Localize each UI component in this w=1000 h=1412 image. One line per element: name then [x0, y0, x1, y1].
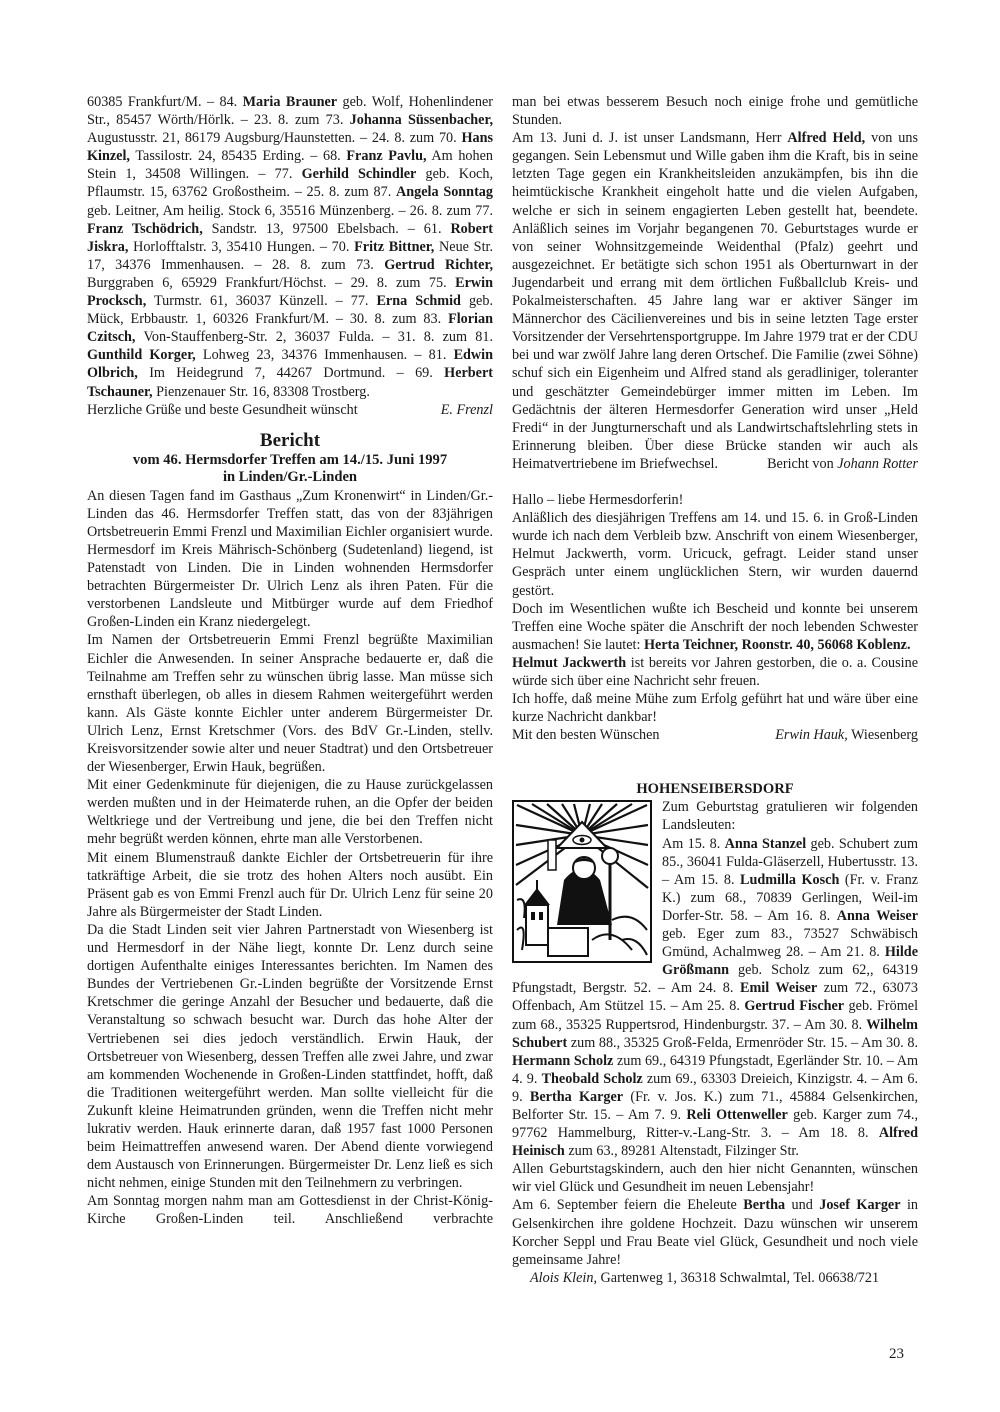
- contact-name: Alois Klein,: [530, 1270, 597, 1286]
- person-name: Emil Weiser: [740, 980, 817, 996]
- person-name: Reli Ottenweller: [686, 1107, 787, 1123]
- person-name: Anna Stanzel: [725, 836, 807, 852]
- contact-address: Gartenweg 1, 36318 Schwalmtal, Tel. 0663…: [597, 1270, 879, 1286]
- report-continued: man bei etwas besserem Besuch noch einig…: [512, 93, 918, 129]
- letter-paragraph: Helmut Jackwerth ist bereits vor Jahren …: [512, 654, 918, 690]
- birthday-wishes: Allen Geburtstagskindern, auch den hier …: [512, 1160, 918, 1196]
- letter-signature-name: Erwin Hauk,: [775, 727, 848, 743]
- person-name: Maria Brauner: [243, 94, 337, 110]
- report-paragraph: Im Namen der Ortsbetreuerin Emmi Frenzl …: [87, 631, 493, 776]
- greeting-line: Herzliche Grüße und beste Gesundheit wün…: [87, 401, 493, 419]
- person-name: Hilde Größmann: [662, 944, 918, 978]
- obituary-name: Alfred Held,: [787, 130, 865, 146]
- letter-salutation: Hallo – liebe Hermesdorferin!: [512, 491, 918, 509]
- person-name: Bertha Karger: [530, 1089, 623, 1105]
- report-paragraph: Mit einer Gedenkminute für diejenigen, d…: [87, 776, 493, 848]
- contact-line: Alois Klein, Gartenweg 1, 36318 Schwalmt…: [512, 1269, 918, 1287]
- person-name: Hans Kinzel,: [87, 130, 493, 164]
- person-name: Franz Tschödrich,: [87, 221, 203, 237]
- letter-paragraph: Anläßlich des diesjährigen Treffens am 1…: [512, 509, 918, 599]
- woodcut-image-icon: [512, 800, 652, 963]
- person-name: Hermann Scholz: [512, 1053, 613, 1069]
- right-column: man bei etwas besserem Besuch noch einig…: [512, 93, 918, 1287]
- person-name: Anna Weiser: [837, 908, 918, 924]
- obituary-alfred-held: Am 13. Juni d. J. ist unser Landsmann, H…: [512, 129, 918, 473]
- person-name: Gerhild Schindler: [302, 166, 417, 182]
- page-number: 23: [889, 1346, 904, 1363]
- person-name: Herbert Tschauner,: [87, 365, 493, 399]
- report-title: Bericht: [87, 430, 493, 452]
- report-subtitle-line1: vom 46. Hermsdorfer Treffen am 14./15. J…: [87, 452, 493, 470]
- contact-address: Herta Teichner, Roonstr. 40, 56068 Koble…: [644, 637, 911, 653]
- letter-closing: Mit den besten Wünschen: [512, 726, 660, 744]
- person-name: Angela Sonntag: [396, 184, 493, 200]
- greeting-signature: E. Frenzl: [441, 401, 493, 419]
- person-name: Alfred Heinisch: [512, 1125, 918, 1159]
- person-name: Theobald Scholz: [542, 1071, 643, 1087]
- birthday-list-continued: 60385 Frankfurt/M. – 84. Maria Brauner g…: [87, 93, 493, 401]
- section-title-hohenseibersdorf: HOHENSEIBERSDORF: [512, 780, 918, 798]
- report-paragraph: Am Sonntag morgen nahm man am Gottesdien…: [87, 1192, 493, 1228]
- person-name: Gertrud Richter,: [384, 257, 493, 273]
- left-column: 60385 Frankfurt/M. – 84. Maria Brauner g…: [87, 93, 493, 1229]
- letter-signature-line: Mit den besten Wünschen Erwin Hauk, Wies…: [512, 726, 918, 744]
- person-name: Gertrud Fischer: [744, 998, 844, 1014]
- person-name: Franz Pavlu,: [346, 148, 426, 164]
- report-paragraph: Mit einem Blumenstrauß dankte Eichler de…: [87, 849, 493, 921]
- letter-paragraph: Doch im Wesentlichen wußte ich Bescheid …: [512, 600, 918, 654]
- credit-author: Johann Rotter: [837, 456, 918, 472]
- person-name: Johanna Süssenbacher,: [350, 112, 493, 128]
- report-paragraph: Da die Stadt Linden seit vier Jahren Par…: [87, 921, 493, 1192]
- person-name: Ludmilla Kosch: [740, 872, 839, 888]
- person-name: Erna Schmid: [376, 293, 460, 309]
- report-subtitle-line2: in Linden/Gr.-Linden: [87, 469, 493, 487]
- golden-wedding-announcement: Am 6. September feiern die Eheleute Bert…: [512, 1196, 918, 1268]
- person-name: Florian Czitsch,: [87, 311, 493, 345]
- report-paragraph: An diesen Tagen fand im Gasthaus „Zum Kr…: [87, 487, 493, 632]
- letter-paragraph: Ich hoffe, daß meine Mühe zum Erfolg gef…: [512, 690, 918, 726]
- person-name: Wilhelm Schubert: [512, 1017, 918, 1051]
- person-name: Fritz Bittner,: [354, 239, 434, 255]
- greeting-text: Herzliche Grüße und beste Gesundheit wün…: [87, 401, 358, 419]
- woodcut-saint-illustration: [512, 800, 652, 963]
- person-name: Gunthild Korger,: [87, 347, 196, 363]
